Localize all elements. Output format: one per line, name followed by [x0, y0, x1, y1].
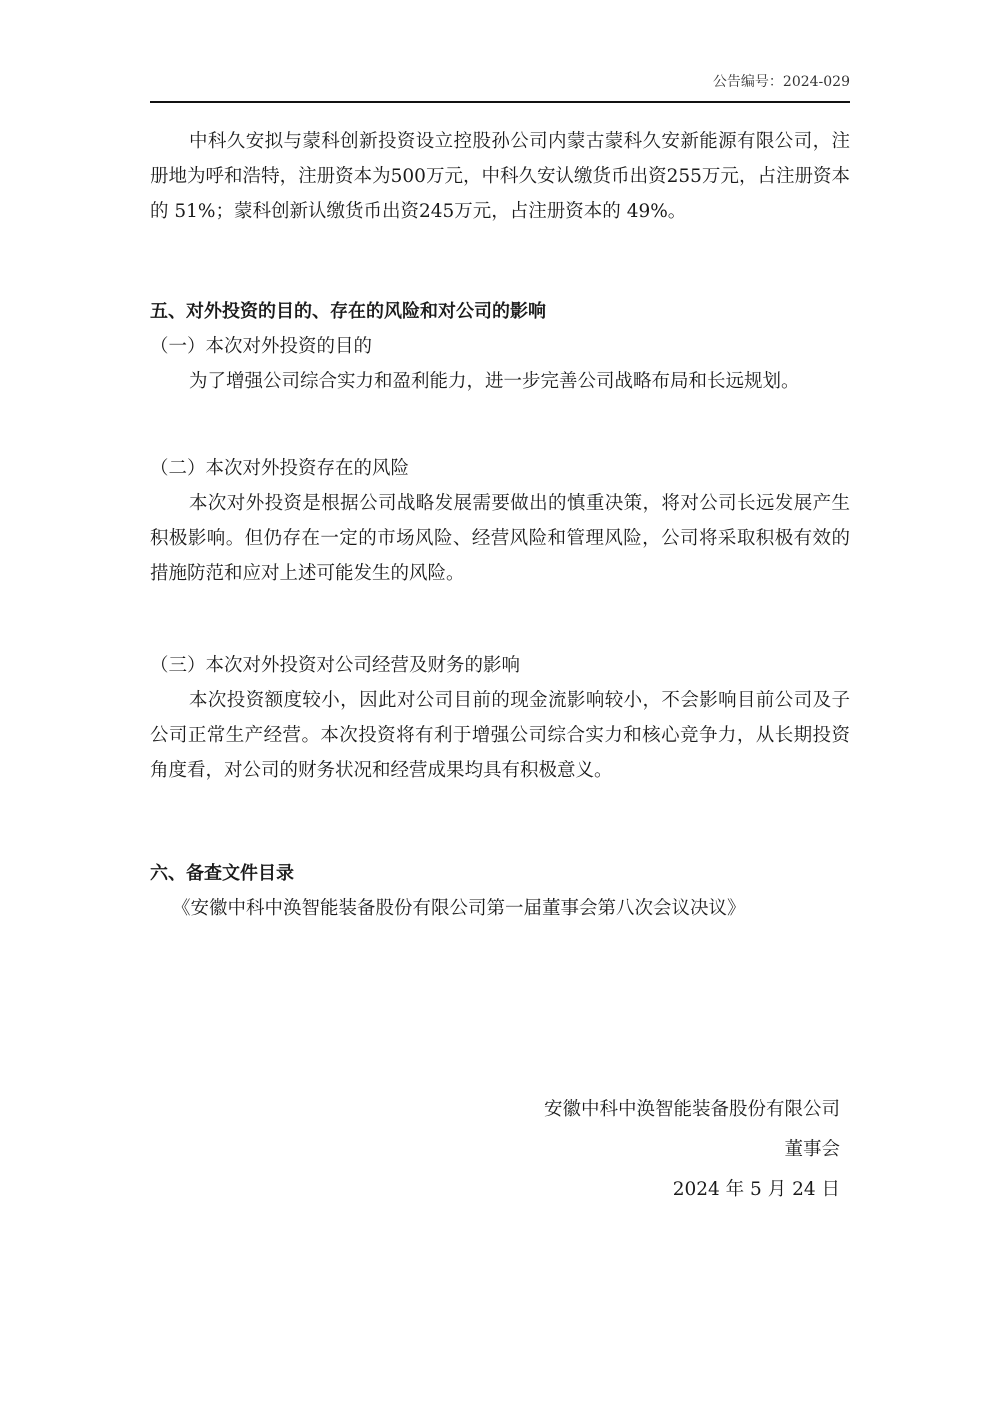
reference-document: 《安徽中科中涣智能装备股份有限公司第一届董事会第八次会议决议》	[150, 891, 850, 926]
section-5: 五、对外投资的目的、存在的风险和对公司的影响 （一）本次对外投资的目的 为了增强…	[150, 294, 850, 399]
section-5-2-text: 本次对外投资是根据公司战略发展需要做出的慎重决策，将对公司长远发展产生积极影响。…	[150, 486, 850, 591]
section-5-title: 五、对外投资的目的、存在的风险和对公司的影响	[150, 294, 850, 329]
section-5-2: （二）本次对外投资存在的风险 本次对外投资是根据公司战略发展需要做出的慎重决策，…	[150, 451, 850, 591]
section-5-2-title: （二）本次对外投资存在的风险	[150, 451, 850, 486]
signature-company: 安徽中科中涣智能装备股份有限公司	[544, 1092, 840, 1127]
section-5-1-title: （一）本次对外投资的目的	[150, 329, 850, 364]
intro-paragraph: 中科久安拟与蒙科创新投资设立控股孙公司内蒙古蒙科久安新能源有限公司，注册地为呼和…	[150, 124, 850, 229]
intro-section: 中科久安拟与蒙科创新投资设立控股孙公司内蒙古蒙科久安新能源有限公司，注册地为呼和…	[150, 124, 850, 229]
section-5-1-text: 为了增强公司综合实力和盈利能力，进一步完善公司战略布局和长远规划。	[150, 364, 850, 399]
section-5-3-text: 本次投资额度较小，因此对公司目前的现金流影响较小，不会影响目前公司及子公司正常生…	[150, 683, 850, 788]
section-5-3: （三）本次对外投资对公司经营及财务的影响 本次投资额度较小，因此对公司目前的现金…	[150, 648, 850, 788]
section-6: 六、备查文件目录 《安徽中科中涣智能装备股份有限公司第一届董事会第八次会议决议》	[150, 856, 850, 926]
section-5-3-title: （三）本次对外投资对公司经营及财务的影响	[150, 648, 850, 683]
signature-date: 2024 年 5 月 24 日	[673, 1172, 840, 1207]
announcement-number: 公告编号：2024-029	[713, 71, 850, 91]
header-divider	[150, 101, 850, 103]
section-6-title: 六、备查文件目录	[150, 856, 850, 891]
signature-board: 董事会	[784, 1132, 840, 1167]
